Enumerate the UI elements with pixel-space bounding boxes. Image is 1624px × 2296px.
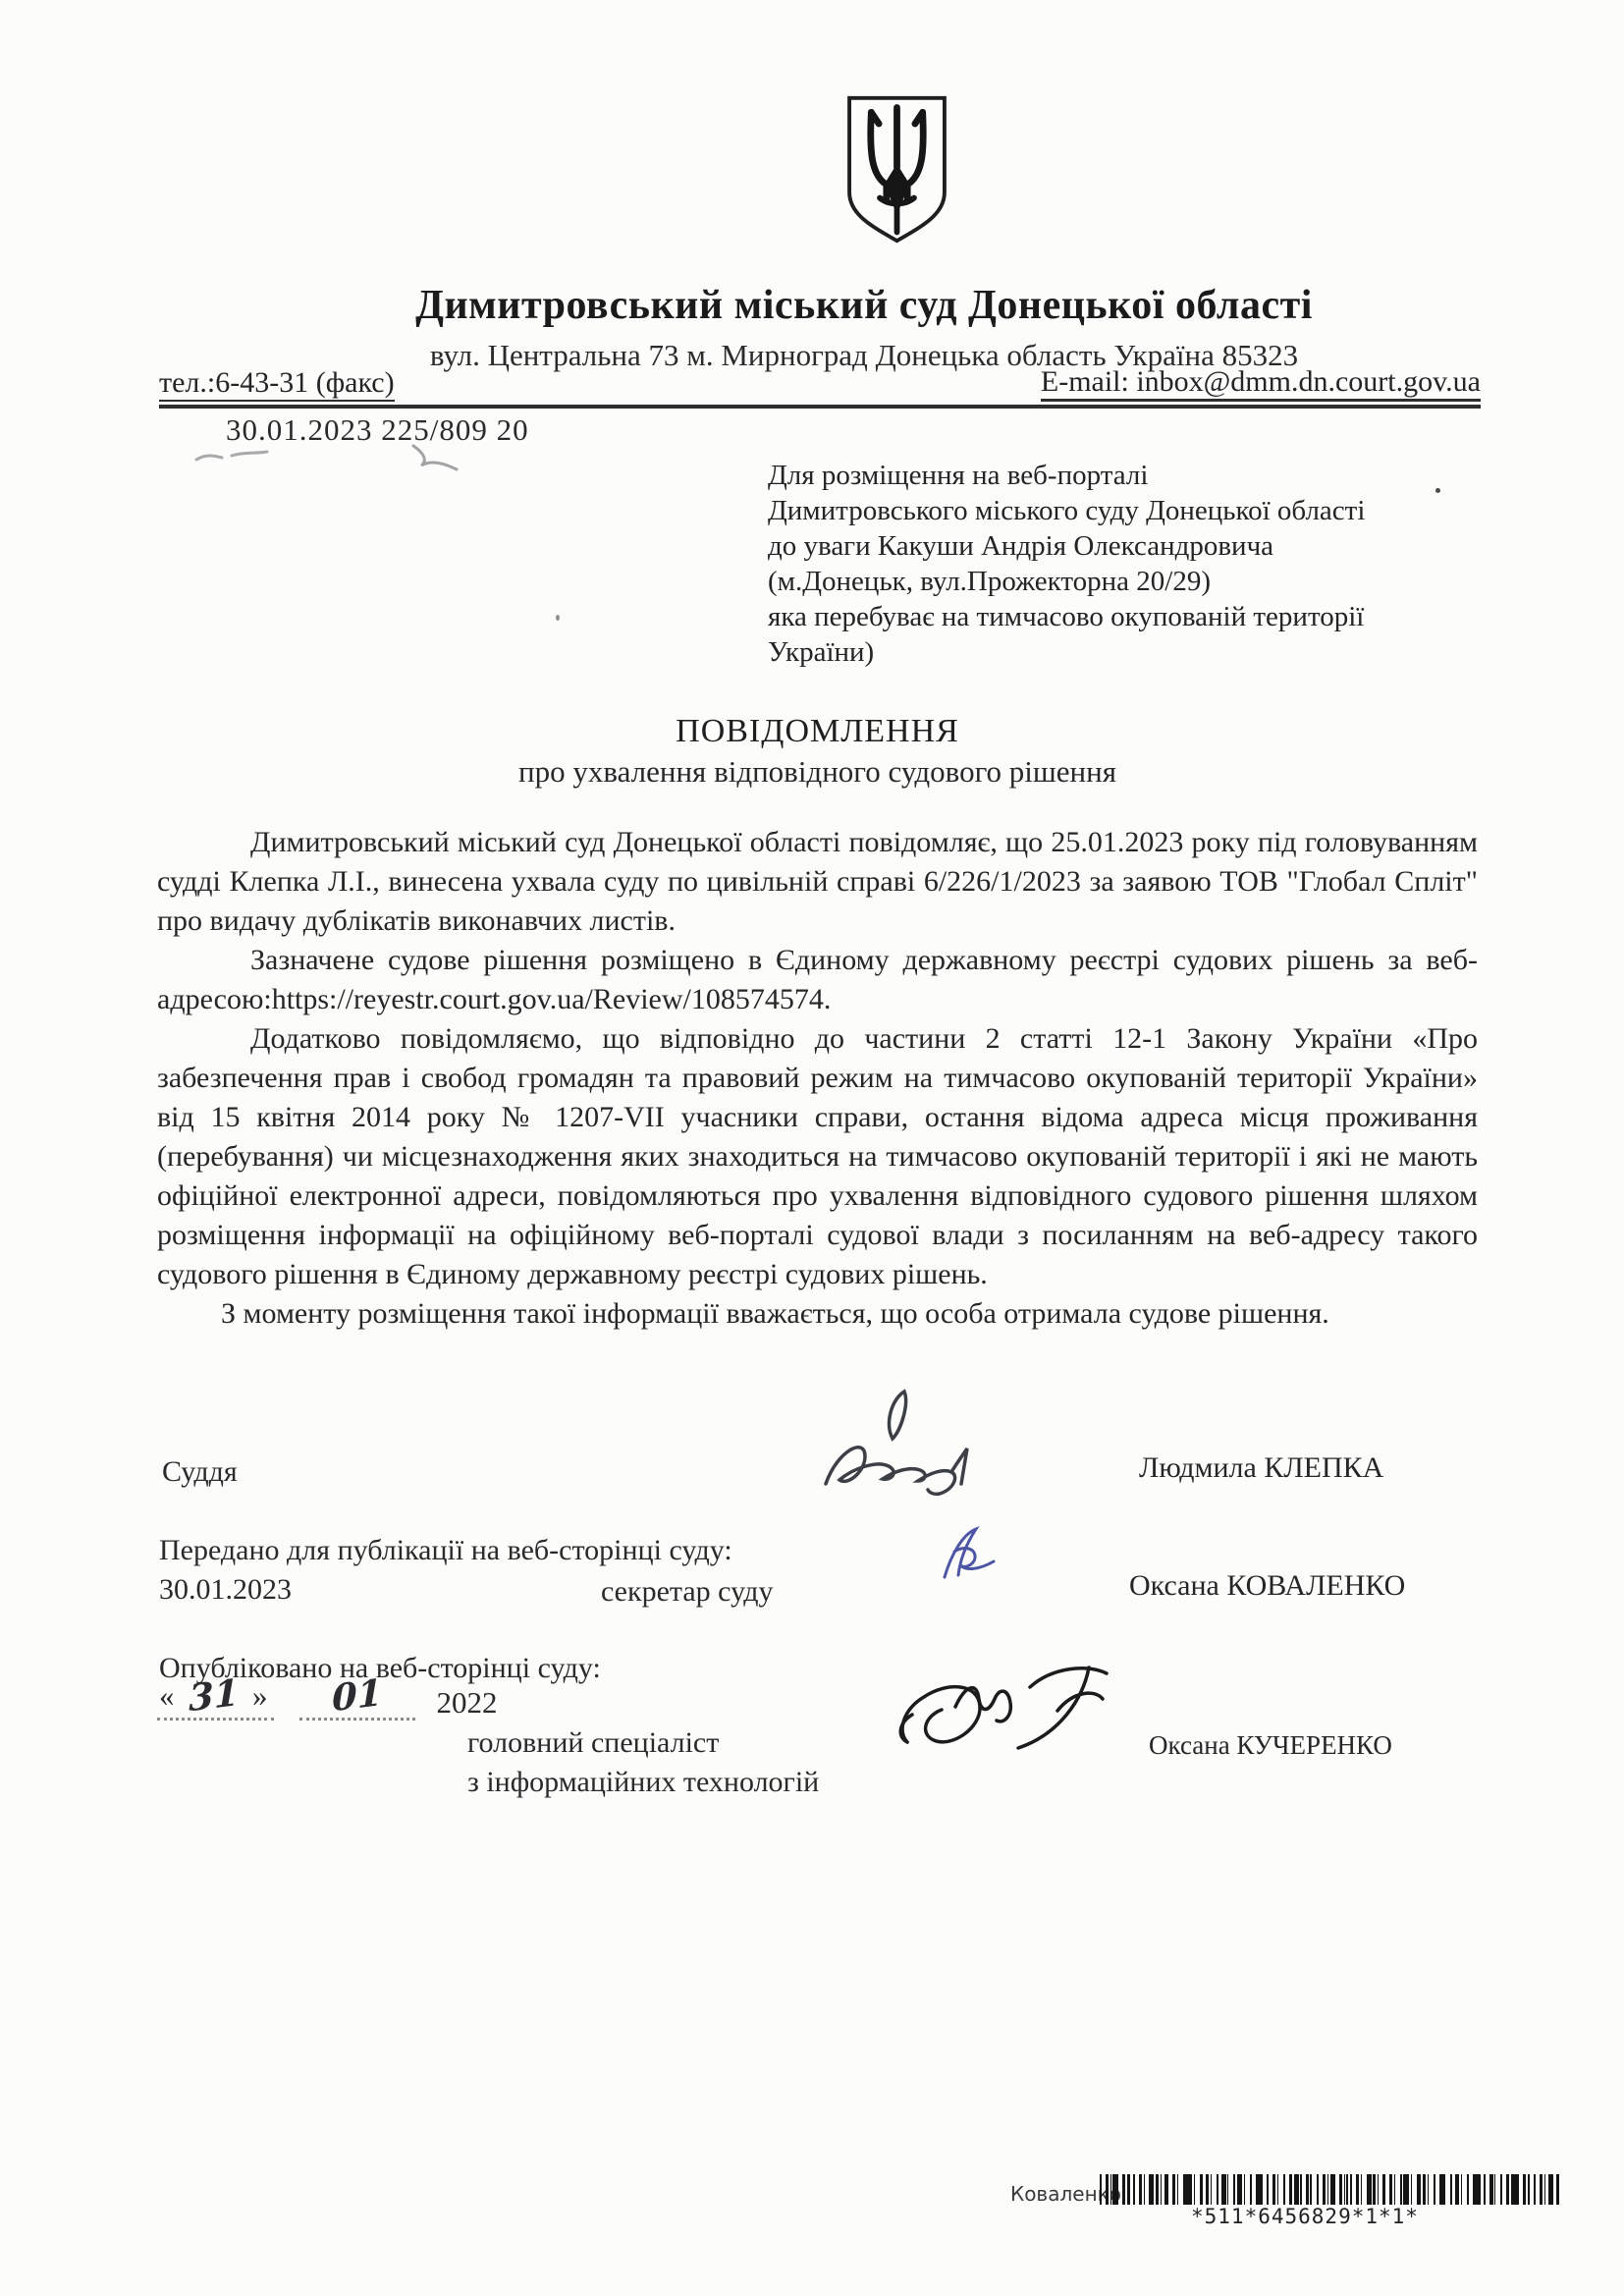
document-page: Димитровський міський суд Донецької обла… <box>0 0 1624 2296</box>
header-block: Димитровський міський суд Донецької обла… <box>196 283 1532 373</box>
barcode <box>1100 2174 1559 2205</box>
handwritten-month: 01 <box>332 1674 383 1717</box>
secretary-name: Оксана КОВАЛЕНКО <box>1129 1569 1405 1603</box>
published-year: 2022 <box>437 1685 498 1721</box>
barcode-number: *511*6456829*1*1* <box>1191 2205 1419 2228</box>
document-title: ПОВІДОМЛЕННЯ <box>157 713 1478 750</box>
recipient-line: яка перебуває на тимчасово окупованій те… <box>768 599 1514 634</box>
document-subtitle: про ухвалення відповідного судового ріше… <box>157 754 1478 790</box>
recipient-line: (м.Донецьк, вул.Прожекторна 20/29) <box>768 564 1514 599</box>
secretary-label: секретар суду <box>601 1575 773 1609</box>
published-month-blank: 01 <box>299 1677 415 1721</box>
recipient-line: Для розміщення на веб-порталі <box>768 458 1514 493</box>
judge-label: Суддя <box>162 1455 238 1489</box>
quote-open: « <box>159 1678 175 1714</box>
recipient-line: Димитровського міського суду Донецької о… <box>768 493 1514 528</box>
document-body: Димитровський міський суд Донецької обла… <box>157 823 1478 1334</box>
body-paragraph: З моменту розміщення такої інформації вв… <box>157 1294 1478 1334</box>
handwritten-day: 31 <box>188 1674 239 1717</box>
contact-row: тел.:6-43-31 (факс) E-mail: inbox@dmm.dn… <box>159 365 1481 409</box>
judge-signature <box>820 1388 979 1502</box>
court-phone: тел.:6-43-31 (факс) <box>159 366 395 402</box>
specialist-name: Оксана КУЧЕРЕНКО <box>1149 1730 1392 1761</box>
transfer-line: Передано для публікації на веб-сторінці … <box>159 1534 732 1567</box>
body-paragraph: Додатково повідомляємо, що відповідно до… <box>157 1019 1478 1294</box>
published-date-row: « 31 » 01 2022 <box>157 1677 498 1721</box>
recipient-line: до уваги Какуши Андрія Олександровича <box>768 528 1514 564</box>
court-email: E-mail: inbox@dmm.dn.court.gov.ua <box>1041 365 1481 402</box>
recipient-line: України) <box>768 634 1514 670</box>
judge-name: Людмила КЛЕПКА <box>1139 1451 1383 1485</box>
specialist-label-1: головний спеціаліст <box>467 1726 719 1760</box>
outgoing-reference: 30.01.2023 225/809 20 <box>226 412 529 448</box>
secretary-signature <box>919 1524 1001 1585</box>
published-day-group: « 31 » <box>157 1677 274 1721</box>
tryzub-emblem-icon <box>841 93 952 246</box>
court-name: Димитровський міський суд Донецької обла… <box>196 283 1532 328</box>
recipient-block: Для розміщення на веб-порталі Димитровсь… <box>768 458 1514 670</box>
transfer-date: 30.01.2023 <box>159 1573 292 1607</box>
body-paragraph: Зазначене судове рішення розміщено в Єди… <box>157 941 1478 1019</box>
specialist-signature <box>894 1654 1128 1762</box>
quote-close: » <box>252 1678 268 1714</box>
specialist-label-2: з інформаційних технологій <box>467 1766 819 1799</box>
body-paragraph: Димитровський міський суд Донецької обла… <box>157 823 1478 941</box>
pen-mark-artifact <box>407 440 462 473</box>
pen-mark-artifact <box>192 444 271 469</box>
scan-speck-artifact <box>556 615 560 621</box>
